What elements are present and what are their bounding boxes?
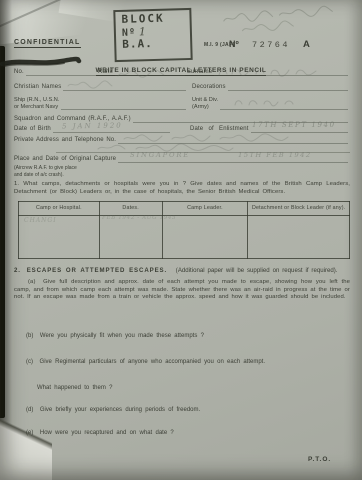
table-cell-dates (99, 215, 162, 258)
serial-number: 72764 (252, 40, 290, 50)
series-letter: A (303, 39, 310, 50)
page-turn-over-label: P.T.O. (308, 456, 331, 463)
block-number-stamp: BLOCK Nº1 B.A. (113, 8, 192, 62)
illegible-surname-entry (216, 66, 320, 77)
question-2e-label: (e) (26, 430, 33, 436)
illegible-rank-entry (116, 69, 172, 78)
stamp-handwritten-number: 1 (136, 25, 147, 38)
question-2c-label: (c) (26, 359, 33, 365)
question-2a: (a) Give full description and approx. da… (14, 279, 350, 302)
field-label-enlistment: Date of Enlistment (190, 126, 249, 133)
handwritten-date-of-birth: 5 JAN 1920 (62, 121, 123, 130)
paper-corner-bottom-left (0, 392, 52, 480)
question-2e: (e) How were you recaptured and on what … (26, 430, 350, 436)
field-line (61, 107, 186, 110)
camps-table: Camp or Hospital. Dates. Camp Leader. De… (18, 201, 350, 259)
question-2-number: 2. (14, 267, 21, 274)
handwritten-camp-dates: FEB 1942 - AUG 1945 (102, 215, 176, 221)
stamp-line3: B.A. (122, 37, 190, 52)
field-label-dob: Date of Birth (14, 126, 51, 133)
illegible-christian-names-entry (66, 80, 114, 89)
field-label-rank: Rank (98, 69, 113, 76)
field-label-ship: Ship (R.N., U.S.N. or Merchant Navy (14, 97, 59, 110)
handwritten-date-of-enlistment: 17TH SEPT 1940 (252, 121, 336, 129)
field-line (228, 88, 348, 91)
illegible-address-entry-1 (122, 133, 292, 142)
table-cell-camp-leader (162, 215, 248, 258)
question-2d: (d) Give briefly your experiences during… (26, 407, 350, 413)
question-2c-followup: What happened to them ? (37, 385, 350, 391)
question-2b-label: (b) (26, 333, 33, 339)
question-2d-label: (d) (26, 407, 33, 413)
illegible-unit-entry (232, 97, 296, 107)
question-2b: (b) Were you physically fit when you mad… (26, 333, 350, 339)
table-header-camp-leader: Camp Leader. (162, 202, 248, 216)
field-row-ship: Ship (R.N., U.S.N. or Merchant Navy (14, 97, 188, 110)
field-label-no: No. (14, 69, 24, 76)
numero-symbol: Nº (229, 39, 239, 49)
question-1-text: 1. What camps, detachments or hospitals … (14, 181, 350, 196)
handwritten-capture-date: 15TH FEB 1942 (238, 151, 312, 159)
handwritten-capture-place: SINGAPORE (130, 151, 190, 159)
field-line (220, 107, 348, 110)
field-label-christian-names: Christian Names (14, 84, 61, 91)
table-header-dates: Dates. (99, 202, 162, 216)
field-label-decorations: Decorations (192, 84, 226, 91)
question-2-heading: 2. ESCAPES OR ATTEMPTED ESCAPES. (Additi… (14, 267, 350, 274)
table-header-camp: Camp or Hospital. (19, 202, 100, 216)
field-row-decorations: Decorations (192, 84, 350, 91)
handwritten-camp-name: CHANGI (24, 217, 57, 224)
field-label-unit: Unit & Div. (Army) (192, 97, 218, 110)
scanned-form-page: CONFIDENTIAL BLOCK Nº1 B.A. M.I. 9 (JAP)… (0, 0, 362, 480)
field-line (26, 73, 96, 76)
table-row (19, 215, 350, 258)
field-line (118, 160, 348, 163)
field-label-capture: Place and Date of Original Capture (14, 156, 116, 163)
table-header-detachment-leader: Detachment or Block Leader (if any). (248, 202, 350, 216)
classification-label: CONFIDENTIAL (14, 39, 81, 48)
field-label-surname: Surname (187, 69, 212, 76)
question-2a-label: (a) (28, 279, 36, 285)
capture-note: (Aircrew R.A.F. to give place and date o… (14, 165, 77, 178)
table-cell-detachment-leader (248, 215, 350, 258)
question-2c: (c) Give Regimental particulars of anyon… (26, 359, 350, 365)
illegible-pencil-note (219, 3, 343, 41)
paper-edge-dark-strip (0, 46, 5, 418)
